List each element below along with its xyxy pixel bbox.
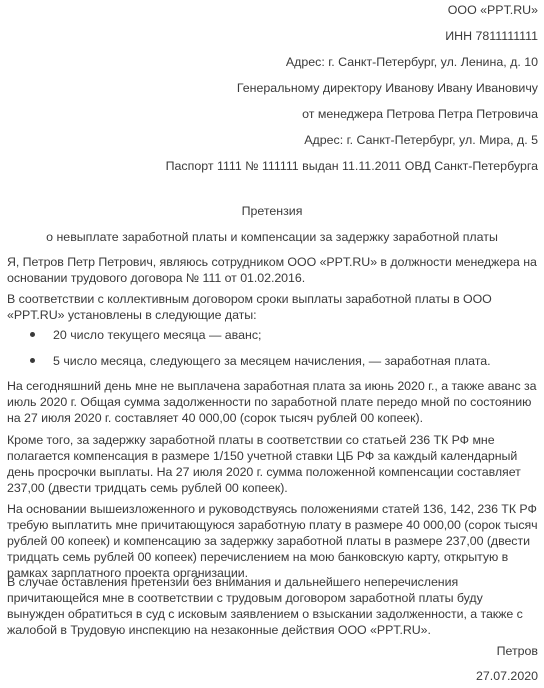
document-subtitle: о невыплате заработной платы и компенсац…: [0, 229, 544, 245]
paragraph-warning: В случае оставления претензии без вниман…: [7, 574, 541, 638]
paragraph-demand: На основании вышеизложенного и руководст…: [7, 501, 541, 581]
claim-document: ООО «PPT.RU» ИНН 7811111111 Адрес: г. Са…: [0, 0, 544, 688]
list-item-text: 20 число текущего месяца — аванс;: [53, 328, 262, 342]
signature-name: Петров: [497, 643, 538, 659]
company-name: ООО «PPT.RU»: [448, 2, 538, 18]
recipient: Генеральному директору Иванову Ивану Ива…: [237, 80, 538, 96]
list-item: 5 число месяца, следующего за месяцем на…: [30, 353, 491, 369]
list-item-text: 5 число месяца, следующего за месяцем на…: [53, 354, 491, 368]
sender: от менеджера Петрова Петра Петровича: [302, 106, 538, 122]
company-inn: ИНН 7811111111: [445, 28, 538, 44]
bullet-icon: [30, 358, 35, 363]
paragraph-debt: На сегодняшний день мне не выплачена зар…: [7, 378, 541, 426]
company-address: Адрес: г. Санкт-Петербург, ул. Ленина, д…: [286, 54, 538, 70]
signature-date: 27.07.2020: [476, 668, 538, 684]
sender-address: Адрес: г. Санкт-Петербург, ул. Мира, д. …: [304, 132, 538, 148]
paragraph-intro: Я, Петров Петр Петрович, являюсь сотрудн…: [7, 254, 541, 286]
document-title: Претензия: [0, 203, 544, 219]
bullet-icon: [30, 332, 35, 337]
sender-passport: Паспорт 1111 № 111111 выдан 11.11.2011 О…: [166, 158, 538, 174]
paragraph-compensation: Кроме того, за задержку заработной платы…: [7, 432, 541, 496]
paragraph-schedule: В соответствии с коллективным договором …: [7, 291, 541, 323]
list-item: 20 число текущего месяца — аванс;: [30, 327, 262, 343]
